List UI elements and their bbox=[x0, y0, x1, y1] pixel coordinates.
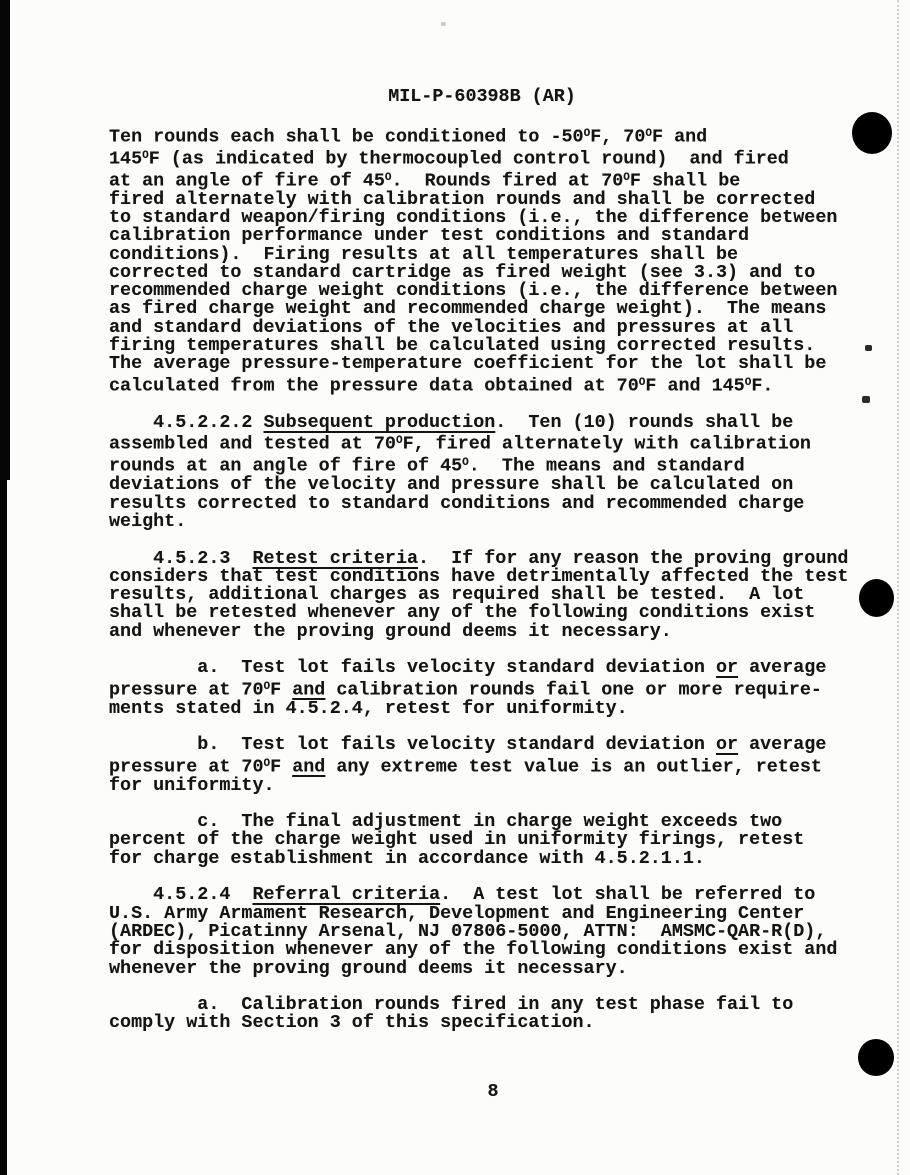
degree-superscript: O bbox=[623, 172, 630, 184]
text-line: The average pressure-temperature coeffic… bbox=[109, 355, 855, 373]
degree-superscript: O bbox=[264, 681, 271, 693]
text-line: comply with Section 3 of this specificat… bbox=[109, 1014, 855, 1032]
scan-edge-bar-top bbox=[0, 0, 10, 480]
degree-superscript: O bbox=[264, 758, 271, 770]
text-line: calibration performance under test condi… bbox=[109, 227, 855, 245]
text-line: b. Test lot fails velocity standard devi… bbox=[109, 736, 855, 754]
text-line: 4.5.2.4 Referral criteria. A test lot sh… bbox=[109, 886, 855, 904]
degree-superscript: O bbox=[745, 377, 752, 389]
underlined-text: and bbox=[292, 756, 325, 777]
text-line: deviations of the velocity and pressure … bbox=[109, 476, 855, 494]
text-line: 4.5.2.2.2 Subsequent production. Ten (10… bbox=[109, 414, 855, 432]
text-line: a. Test lot fails velocity standard devi… bbox=[109, 659, 855, 677]
text-line: pressure at 70OF and any extreme test va… bbox=[109, 755, 855, 777]
text-line: and whenever the proving ground deems it… bbox=[109, 623, 855, 641]
paragraph: a. Test lot fails velocity standard devi… bbox=[109, 659, 855, 718]
document-id-header: MIL-P-60398B (AR) bbox=[109, 88, 855, 106]
underlined-text: or bbox=[716, 734, 738, 755]
underlined-text: Subsequent production bbox=[264, 412, 496, 433]
text-line: percent of the charge weight used in uni… bbox=[109, 831, 855, 849]
text-line: at an angle of fire of 45O. Rounds fired… bbox=[109, 169, 855, 191]
degree-superscript: O bbox=[645, 128, 652, 140]
text-line: ments stated in 4.5.2.4, retest for unif… bbox=[109, 700, 855, 718]
text-line: shall be retested whenever any of the fo… bbox=[109, 604, 855, 622]
degree-superscript: O bbox=[396, 435, 403, 447]
degree-superscript: O bbox=[385, 172, 392, 184]
page-number: 8 bbox=[120, 1083, 866, 1101]
text-line: Ten rounds each shall be conditioned to … bbox=[109, 125, 855, 147]
paragraph: 4.5.2.2.2 Subsequent production. Ten (10… bbox=[109, 414, 855, 531]
punch-hole-mark-bottom bbox=[858, 1039, 894, 1076]
text-line: results corrected to standard conditions… bbox=[109, 495, 855, 513]
scan-speck bbox=[862, 396, 870, 403]
document-body: Ten rounds each shall be conditioned to … bbox=[109, 125, 855, 1033]
paragraph: b. Test lot fails velocity standard devi… bbox=[109, 736, 855, 795]
scan-speck bbox=[441, 22, 446, 26]
paragraph: Ten rounds each shall be conditioned to … bbox=[109, 125, 855, 396]
punch-hole-mark-top bbox=[852, 112, 892, 154]
text-line: calculated from the pressure data obtain… bbox=[109, 374, 855, 396]
paragraph: c. The final adjustment in charge weight… bbox=[109, 813, 855, 868]
degree-superscript: O bbox=[142, 150, 149, 162]
scan-perforation-line bbox=[897, 0, 899, 1175]
text-line: rounds at an angle of fire of 45O. The m… bbox=[109, 454, 855, 476]
scanned-document-page: MIL-P-60398B (AR) Ten rounds each shall … bbox=[0, 0, 910, 1175]
underlined-text: or bbox=[716, 657, 738, 678]
scan-speck bbox=[865, 345, 872, 351]
text-line: for charge establishment in accordance w… bbox=[109, 850, 855, 868]
paragraph: 4.5.2.3 Retest criteria. If for any reas… bbox=[109, 550, 855, 641]
degree-superscript: O bbox=[462, 457, 469, 469]
text-line: for uniformity. bbox=[109, 777, 855, 795]
paragraph: a. Calibration rounds fired in any test … bbox=[109, 996, 855, 1033]
text-line: whenever the proving ground deems it nec… bbox=[109, 960, 855, 978]
punch-hole-mark-middle bbox=[859, 579, 894, 617]
text-line: assembled and tested at 70OF, fired alte… bbox=[109, 432, 855, 454]
text-line: for disposition whenever any of the foll… bbox=[109, 941, 855, 959]
text-line: pressure at 70OF and calibration rounds … bbox=[109, 678, 855, 700]
text-line: 145OF (as indicated by thermocoupled con… bbox=[109, 147, 855, 169]
degree-superscript: O bbox=[639, 377, 646, 389]
degree-superscript: O bbox=[584, 128, 591, 140]
text-line: weight. bbox=[109, 513, 855, 531]
paragraph: 4.5.2.4 Referral criteria. A test lot sh… bbox=[109, 886, 855, 977]
document-text-column: MIL-P-60398B (AR) Ten rounds each shall … bbox=[109, 88, 855, 1033]
